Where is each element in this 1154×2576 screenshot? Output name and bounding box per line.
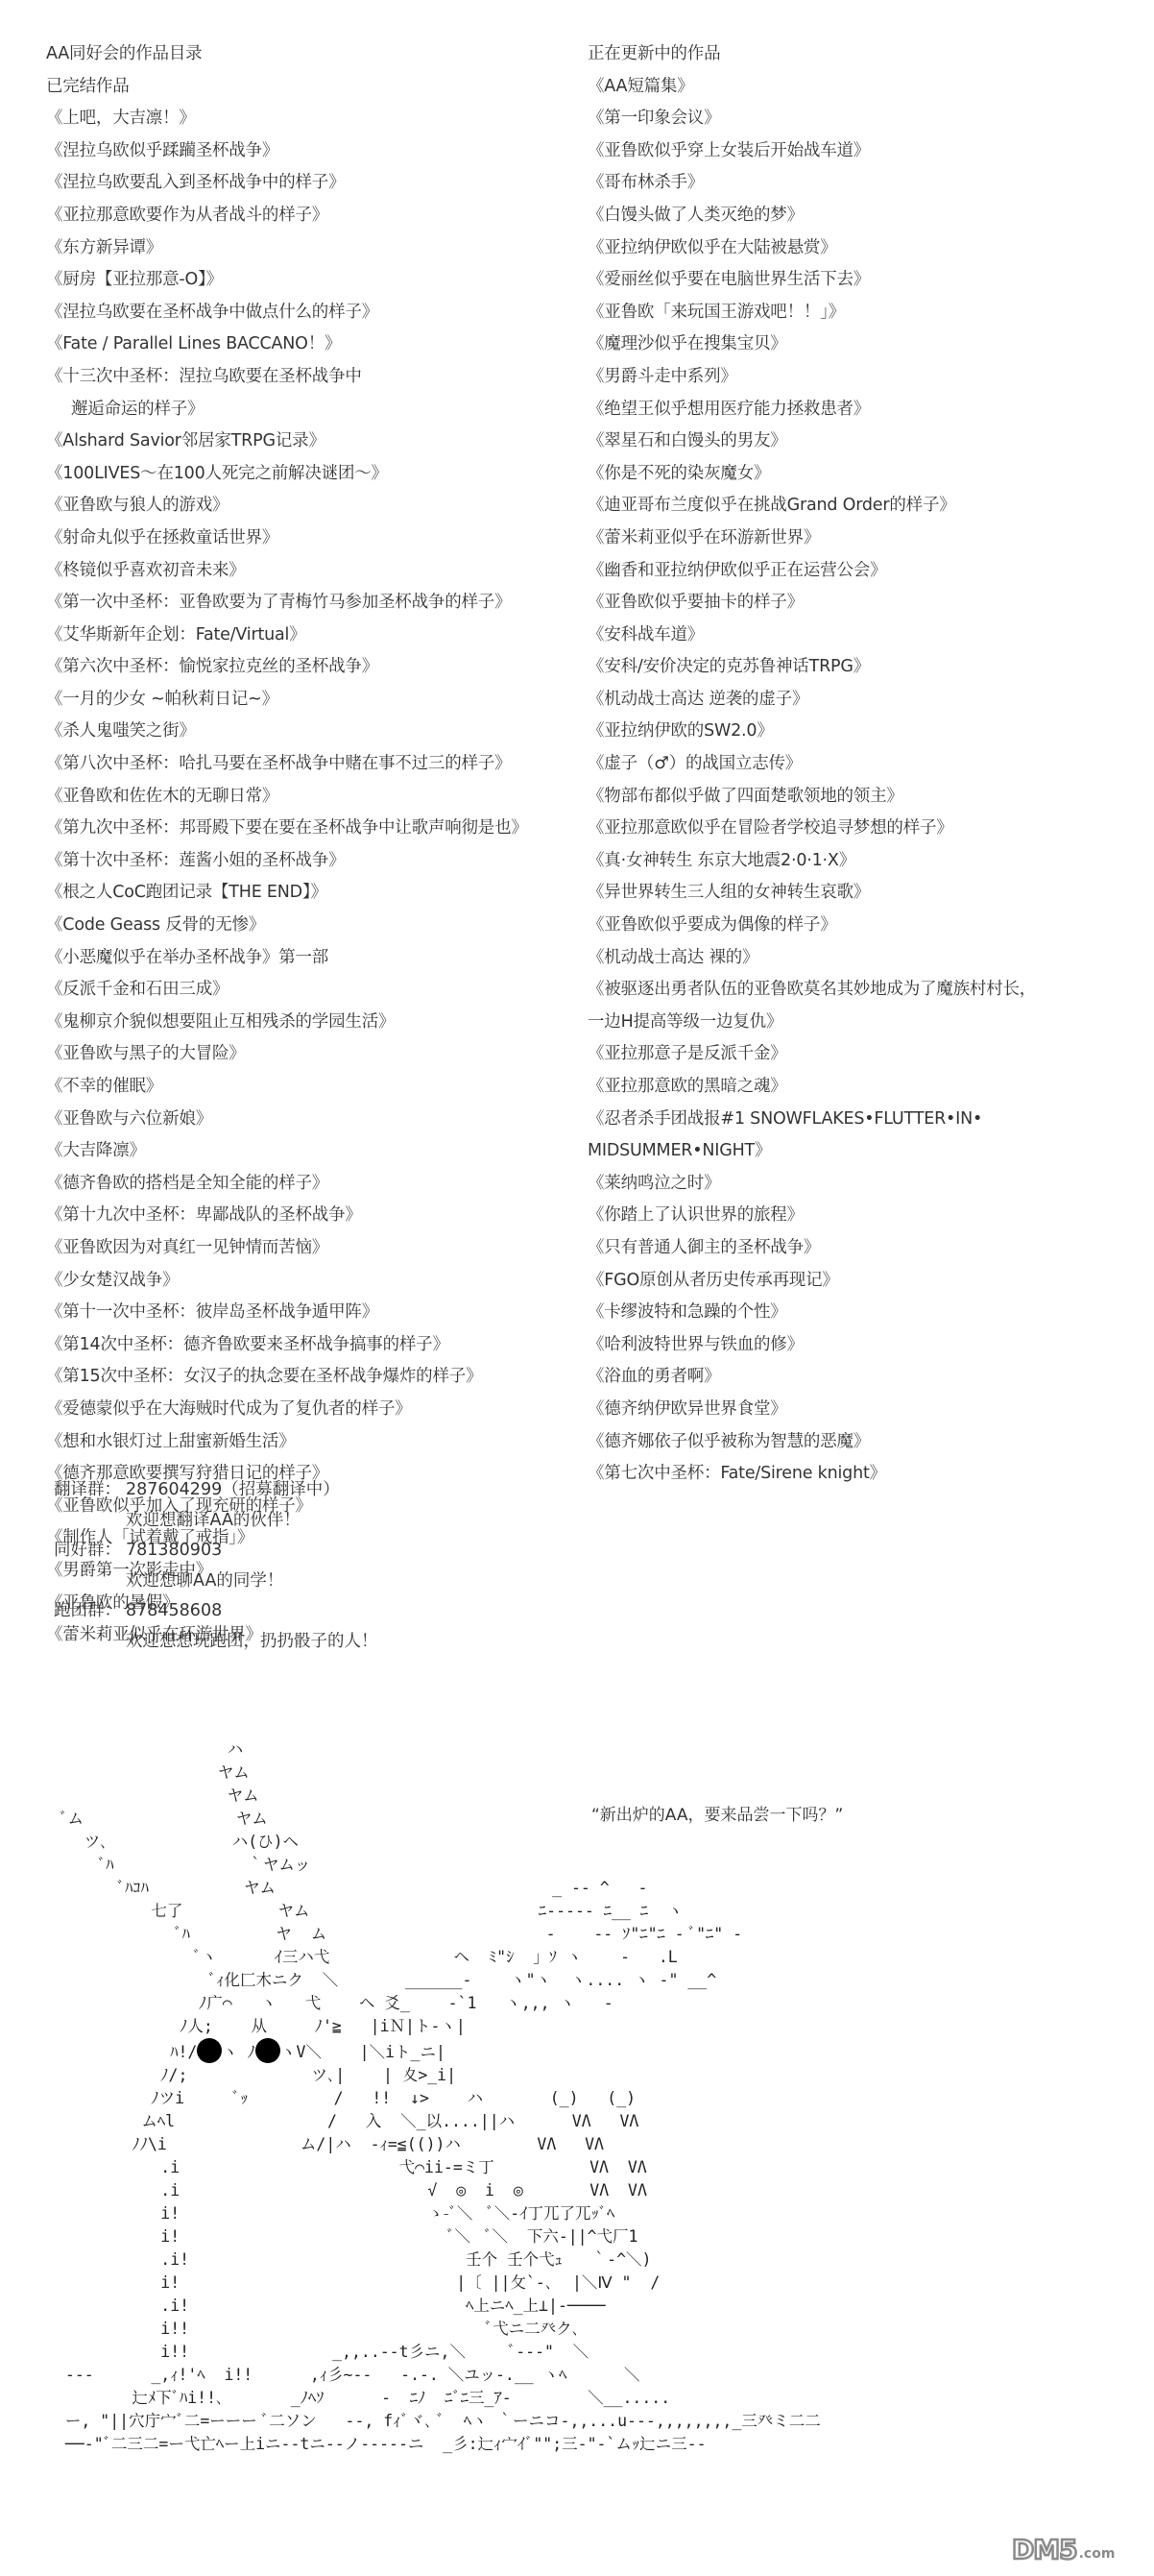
work-title: 《想和水银灯过上甜蜜新婚生活》 <box>46 1426 584 1459</box>
work-title: 《第十次中圣杯：莲酱小姐的圣杯战争》 <box>46 845 584 878</box>
work-title: 《少女楚汉战争》 <box>46 1265 584 1298</box>
work-title: 《小恶魔似乎在举办圣杯战争》第一部 <box>46 942 584 975</box>
work-title: 《第七次中圣杯：Fate/Sirene knight》 <box>588 1458 1144 1491</box>
work-title: 《幽香和亚拉纳伊欧似乎正在运营公会》 <box>588 555 1144 588</box>
work-title: 《德齐鲁欧的搭档是全知全能的样子》 <box>46 1168 584 1201</box>
work-title: 《一月的少女 ~帕秋莉日记~》 <box>46 684 584 717</box>
work-title: 《根之人CoC跑团记录【THE END】》 <box>46 877 584 910</box>
work-title: 《只有普通人御主的圣杯战争》 <box>588 1232 1144 1265</box>
work-title: 《第14次中圣杯：德齐鲁欧要来圣杯战争搞事的样子》 <box>46 1329 584 1362</box>
work-title: 《爱德蒙似乎在大海贼时代成为了复仇者的样子》 <box>46 1394 584 1426</box>
work-title: 《亚鲁欧与狼人的游戏》 <box>46 490 584 522</box>
work-title: 《物部布都似乎做了四面楚歌领地的领主》 <box>588 781 1144 814</box>
contact-number: 287604299（招募翻译中） <box>126 1475 340 1506</box>
work-title: 《亚拉那意欧要作为从者战斗的样子》 <box>46 200 584 232</box>
eye-dot-icon <box>197 2038 222 2063</box>
work-title: 《反派千金和石田三成》 <box>46 974 584 1007</box>
completed-works-list: 《上吧，大吉凛！》《涅拉乌欧似乎蹂躏圣杯战争》《涅拉乌欧要乱入到圣杯战争中的样子… <box>46 103 584 1652</box>
work-title: 《亚鲁欧因为对真红一见钟情而苦恼》 <box>46 1232 584 1265</box>
work-title: 《第一印象会议》 <box>588 103 1144 135</box>
work-title: 《你是不死的染灰魔女》 <box>588 458 1144 491</box>
work-title: 《Code Geass 反骨的无惨》 <box>46 910 584 942</box>
work-title: 《AA短篇集》 <box>588 71 1144 104</box>
work-title: 《被驱逐出勇者队伍的亚鲁欧莫名其妙地成为了魔族村村长， <box>588 974 1144 1007</box>
work-title: 《蕾米莉亚似乎在环游新世界》 <box>588 522 1144 555</box>
work-title: 《不幸的催眠》 <box>46 1071 584 1104</box>
work-title: 《厨房【亚拉那意-O】》 <box>46 264 584 297</box>
work-title: 《涅拉乌欧要在圣杯战争中做点什么的样子》 <box>46 297 584 329</box>
ongoing-works-list: 《AA短篇集》《第一印象会议》《亚鲁欧似乎穿上女装后开始战车道》《哥布林杀手》《… <box>588 71 1144 1491</box>
ongoing-section-heading: 正在更新中的作品 <box>588 38 1144 71</box>
work-title: 《第十一次中圣杯：彼岸岛圣杯战争遁甲阵》 <box>46 1297 584 1329</box>
work-title: 《你踏上了认识世界的旅程》 <box>588 1200 1144 1232</box>
dm5-watermark-logo: DM5 .com <box>1012 2532 1137 2564</box>
contact-label: 翻译群： <box>54 1475 126 1506</box>
logo-wordmark: DM5 <box>1012 2536 1077 2564</box>
work-title: 《涅拉乌欧要乱入到圣杯战争中的样子》 <box>46 167 584 200</box>
work-title: 《亚鲁欧似乎穿上女装后开始战车道》 <box>588 135 1144 168</box>
contact-note: 欢迎想想玩跑团，扔扔骰子的人！ <box>54 1627 378 1658</box>
contact-fan-group: 同好群： 781380903 <box>54 1536 378 1567</box>
work-title: 《亚拉那意子是反派千金》 <box>588 1038 1144 1071</box>
work-title: 《第15次中圣杯：女汉子的执念要在圣杯战争爆炸的样子》 <box>46 1361 584 1394</box>
work-title: 《机动战士高达 裸的》 <box>588 942 1144 975</box>
work-title: 《翠星石和白馒头的男友》 <box>588 425 1144 458</box>
work-title: 《亚鲁欧和佐佐木的无聊日常》 <box>46 781 584 814</box>
work-title: 《杀人鬼嗤笑之街》 <box>46 716 584 748</box>
completed-section-heading: 已完结作品 <box>46 71 584 104</box>
work-title: 《涅拉乌欧似乎蹂躏圣杯战争》 <box>46 135 584 168</box>
work-title: 《魔理沙似乎在搜集宝贝》 <box>588 328 1144 361</box>
contact-note: 欢迎想聊AA的同学！ <box>54 1567 378 1597</box>
ascii-art-illustration: ハ ヤム ヤム ﾞム ヤム ツ､ ハ(ひ)ヘ ﾞﾊ ｀ヤムッ ﾞﾊｺﾊ ヤム _… <box>56 1738 821 2456</box>
work-title: 《第九次中圣杯：邦哥殿下要在要在圣杯战争中让歌声响彻是也》 <box>46 813 584 845</box>
work-title: 《机动战士高达 逆袭的虚子》 <box>588 684 1144 717</box>
work-title: 《Fate / Parallel Lines BACCANO！》 <box>46 328 584 361</box>
work-title: 《第六次中圣杯：愉悦家拉克丝的圣杯战争》 <box>46 651 584 684</box>
work-title: MIDSUMMER•NIGHT》 <box>588 1135 1144 1168</box>
work-title: 《艾华斯新年企划：Fate/Virtual》 <box>46 620 584 652</box>
work-title: 《忍者杀手团战报#1 SNOWFLAKES•FLUTTER•IN• <box>588 1104 1144 1136</box>
contact-label: 跑团群： <box>54 1596 126 1627</box>
contact-number: 781380903 <box>126 1536 222 1567</box>
work-title: 《德齐娜依子似乎被称为智慧的恶魔》 <box>588 1426 1144 1459</box>
work-title: 《亚鲁欧似乎要抽卡的样子》 <box>588 587 1144 620</box>
work-title: 《亚鲁欧「来玩国王游戏吧！！」》 <box>588 297 1144 329</box>
work-title: 《迪亚哥布兰度似乎在挑战Grand Order的样子》 <box>588 490 1144 522</box>
work-title: 《亚拉纳伊欧似乎在大陆被悬赏》 <box>588 232 1144 265</box>
eye-dot-icon <box>255 2038 280 2063</box>
work-title: 《哈利波特世界与铁血的修》 <box>588 1329 1144 1362</box>
contact-label: 同好群： <box>54 1536 126 1567</box>
work-title: 《安科战车道》 <box>588 620 1144 652</box>
work-title: 《FGO原创从者历史传承再现记》 <box>588 1265 1144 1298</box>
catalog-title: AA同好会的作品目录 <box>46 38 584 71</box>
work-title: 《亚鲁欧与六位新娘》 <box>46 1104 584 1136</box>
work-title: 邂逅命运的样子》 <box>46 394 584 426</box>
work-title: 《白馒头做了人类灭绝的梦》 <box>588 200 1144 232</box>
work-title: 《100LIVES～在100人死完之前解决谜团～》 <box>46 458 584 491</box>
work-title: 《第一次中圣杯：亚鲁欧要为了青梅竹马参加圣杯战争的样子》 <box>46 587 584 620</box>
contact-trpg-group: 跑团群： 878458608 <box>54 1596 378 1627</box>
work-title: 《大吉降凛》 <box>46 1135 584 1168</box>
work-title: 《柊镜似乎喜欢初音未来》 <box>46 555 584 588</box>
work-title: 《上吧，大吉凛！》 <box>46 103 584 135</box>
work-title: 《浴血的勇者啊》 <box>588 1361 1144 1394</box>
work-title: 《异世界转生三人组的女神转生哀歌》 <box>588 877 1144 910</box>
work-title: 《真·女神转生 东京大地震2·0·1·X》 <box>588 845 1144 878</box>
work-title: 《安科/安价决定的克苏鲁神话TRPG》 <box>588 651 1144 684</box>
work-title: 《东方新异谭》 <box>46 232 584 265</box>
work-title: 《绝望王似乎想用医疗能力拯救患者》 <box>588 394 1144 426</box>
completed-works-column: AA同好会的作品目录 已完结作品 《上吧，大吉凛！》《涅拉乌欧似乎蹂躏圣杯战争》… <box>46 38 584 1652</box>
work-title: 《射命丸似乎在拯救童话世界》 <box>46 522 584 555</box>
work-title: 《亚拉那意欧的黑暗之魂》 <box>588 1071 1144 1104</box>
work-title: 《哥布林杀手》 <box>588 167 1144 200</box>
work-title: 《亚拉那意欧似乎在冒险者学校追寻梦想的样子》 <box>588 813 1144 845</box>
work-title: 《德齐纳伊欧异世界食堂》 <box>588 1394 1144 1426</box>
ongoing-works-column: 正在更新中的作品 《AA短篇集》《第一印象会议》《亚鲁欧似乎穿上女装后开始战车道… <box>588 38 1144 1491</box>
work-title: 《虚子（♂）的战国立志传》 <box>588 748 1144 781</box>
logo-domain: .com <box>1079 2543 1116 2564</box>
work-title: 《亚鲁欧似乎要成为偶像的样子》 <box>588 910 1144 942</box>
work-title: 《第十九次中圣杯：卑鄙战队的圣杯战争》 <box>46 1200 584 1232</box>
work-title: 《卡缪波特和急躁的个性》 <box>588 1297 1144 1329</box>
work-title: 《Alshard Savior邻居家TRPG记录》 <box>46 425 584 458</box>
work-title: 《十三次中圣杯：涅拉乌欧要在圣杯战争中 <box>46 361 584 394</box>
work-title: 《亚拉纳伊欧的SW2.0》 <box>588 716 1144 748</box>
work-title: 《爱丽丝似乎要在电脑世界生活下去》 <box>588 264 1144 297</box>
work-title: 《第八次中圣杯：哈扎马要在圣杯战争中赌在事不过三的样子》 <box>46 748 584 781</box>
contact-note: 欢迎想翻译AA的伙伴！ <box>54 1506 378 1537</box>
work-title: 一边H提高等级一边复仇》 <box>588 1007 1144 1039</box>
group-contacts: 翻译群： 287604299（招募翻译中） 欢迎想翻译AA的伙伴！ 同好群： 7… <box>54 1475 378 1657</box>
work-title: 《亚鲁欧与黑子的大冒险》 <box>46 1038 584 1071</box>
work-title: 《男爵斗走中系列》 <box>588 361 1144 394</box>
contact-number: 878458608 <box>126 1596 222 1627</box>
work-title: 《鬼柳京介貌似想要阻止互相残杀的学园生活》 <box>46 1007 584 1039</box>
contact-translation-group: 翻译群： 287604299（招募翻译中） <box>54 1475 378 1506</box>
work-title: 《莱纳鸣泣之时》 <box>588 1168 1144 1201</box>
